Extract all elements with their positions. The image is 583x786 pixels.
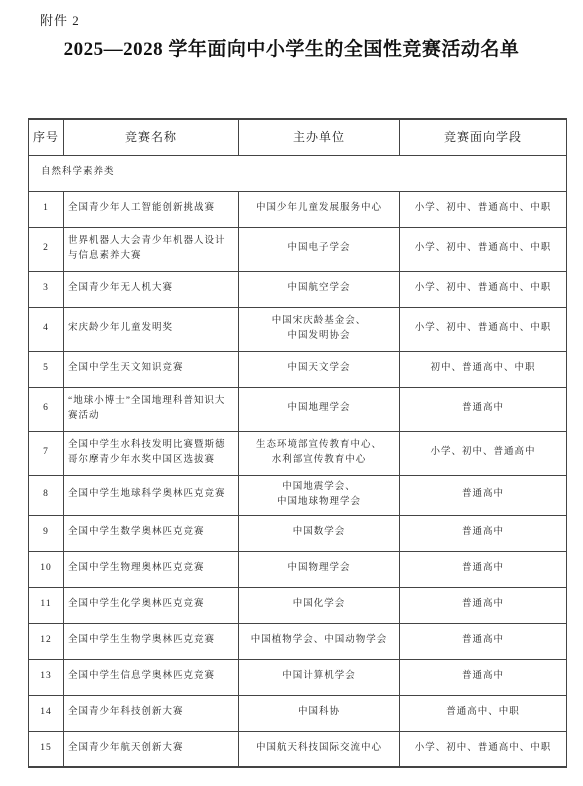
- table-row: 6 “地球小博士”全国地理科普知识大赛活动 中国地理学会 普通高中: [29, 387, 567, 431]
- cell-name: 宋庆龄少年儿童发明奖: [64, 307, 239, 351]
- cell-organizer: 中国航天科技国际交流中心: [239, 731, 400, 767]
- cell-organizer: 中国宋庆龄基金会、 中国发明协会: [239, 307, 400, 351]
- cell-name: 全国中学生地球科学奥林匹克竞赛: [64, 475, 239, 515]
- cell-stage: 普通高中: [400, 515, 567, 551]
- cell-stage: 小学、初中、普通高中、中职: [400, 307, 567, 351]
- cell-organizer: 中国计算机学会: [239, 659, 400, 695]
- table-header-row: 序号 竞赛名称 主办单位 竞赛面向学段: [29, 119, 567, 155]
- document-page: 附件 2 2025—2028 学年面向中小学生的全国性竞赛活动名单 序号 竞赛名…: [0, 0, 583, 786]
- cell-no: 4: [29, 307, 64, 351]
- cell-organizer: 中国植物学会、中国动物学会: [239, 623, 400, 659]
- cell-stage: 普通高中: [400, 551, 567, 587]
- cell-stage: 普通高中: [400, 623, 567, 659]
- cell-no: 11: [29, 587, 64, 623]
- cell-organizer: 中国物理学会: [239, 551, 400, 587]
- cell-name: 世界机器人大会青少年机器人设计与信息素养大赛: [64, 227, 239, 271]
- table-row: 10 全国中学生物理奥林匹克竞赛 中国物理学会 普通高中: [29, 551, 567, 587]
- cell-no: 14: [29, 695, 64, 731]
- cell-organizer: 中国天文学会: [239, 351, 400, 387]
- cell-no: 12: [29, 623, 64, 659]
- cell-name: 全国青少年航天创新大赛: [64, 731, 239, 767]
- cell-no: 2: [29, 227, 64, 271]
- cell-name: 全国青少年人工智能创新挑战赛: [64, 191, 239, 227]
- table-row: 7 全国中学生水科技发明比赛暨斯德哥尔摩青少年水奖中国区选拔赛 生态环境部宣传教…: [29, 431, 567, 475]
- table-row: 11 全国中学生化学奥林匹克竞赛 中国化学会 普通高中: [29, 587, 567, 623]
- competition-table: 序号 竞赛名称 主办单位 竞赛面向学段 自然科学素养类 1 全国青少年人工智能创…: [28, 118, 567, 768]
- cell-no: 3: [29, 271, 64, 307]
- table-row: 9 全国中学生数学奥林匹克竞赛 中国数学会 普通高中: [29, 515, 567, 551]
- cell-stage: 普通高中: [400, 475, 567, 515]
- header-organizer: 主办单位: [239, 119, 400, 155]
- table-row: 3 全国青少年无人机大赛 中国航空学会 小学、初中、普通高中、中职: [29, 271, 567, 307]
- cell-no: 10: [29, 551, 64, 587]
- cell-stage: 小学、初中、普通高中、中职: [400, 191, 567, 227]
- cell-organizer: 中国地理学会: [239, 387, 400, 431]
- cell-organizer: 中国航空学会: [239, 271, 400, 307]
- table-row: 13 全国中学生信息学奥林匹克竞赛 中国计算机学会 普通高中: [29, 659, 567, 695]
- cell-name: 全国中学生天文知识竞赛: [64, 351, 239, 387]
- cell-organizer: 中国少年儿童发展服务中心: [239, 191, 400, 227]
- cell-no: 6: [29, 387, 64, 431]
- cell-name: 全国中学生化学奥林匹克竞赛: [64, 587, 239, 623]
- cell-organizer: 中国地震学会、 中国地球物理学会: [239, 475, 400, 515]
- cell-stage: 普通高中: [400, 587, 567, 623]
- table-row: 8 全国中学生地球科学奥林匹克竞赛 中国地震学会、 中国地球物理学会 普通高中: [29, 475, 567, 515]
- cell-organizer: 中国化学会: [239, 587, 400, 623]
- table-row: 14 全国青少年科技创新大赛 中国科协 普通高中、中职: [29, 695, 567, 731]
- table-row: 12 全国中学生生物学奥林匹克竞赛 中国植物学会、中国动物学会 普通高中: [29, 623, 567, 659]
- cell-name: 全国中学生物理奥林匹克竞赛: [64, 551, 239, 587]
- cell-name: 全国中学生水科技发明比赛暨斯德哥尔摩青少年水奖中国区选拔赛: [64, 431, 239, 475]
- page-title: 2025—2028 学年面向中小学生的全国性竞赛活动名单: [0, 34, 583, 61]
- cell-name: 全国中学生生物学奥林匹克竞赛: [64, 623, 239, 659]
- header-name: 竞赛名称: [64, 119, 239, 155]
- cell-organizer: 中国电子学会: [239, 227, 400, 271]
- cell-name: “地球小博士”全国地理科普知识大赛活动: [64, 387, 239, 431]
- cell-organizer: 中国科协: [239, 695, 400, 731]
- cell-name: 全国青少年无人机大赛: [64, 271, 239, 307]
- cell-stage: 初中、普通高中、中职: [400, 351, 567, 387]
- cell-stage: 普通高中: [400, 659, 567, 695]
- cell-no: 8: [29, 475, 64, 515]
- cell-stage: 小学、初中、普通高中、中职: [400, 731, 567, 767]
- cell-organizer: 生态环境部宣传教育中心、 水利部宣传教育中心: [239, 431, 400, 475]
- cell-stage: 普通高中: [400, 387, 567, 431]
- cell-no: 13: [29, 659, 64, 695]
- cell-no: 5: [29, 351, 64, 387]
- cell-name: 全国中学生信息学奥林匹克竞赛: [64, 659, 239, 695]
- cell-no: 9: [29, 515, 64, 551]
- header-no: 序号: [29, 119, 64, 155]
- table-row: 5 全国中学生天文知识竞赛 中国天文学会 初中、普通高中、中职: [29, 351, 567, 387]
- cell-name: 全国中学生数学奥林匹克竞赛: [64, 515, 239, 551]
- table-row: 4 宋庆龄少年儿童发明奖 中国宋庆龄基金会、 中国发明协会 小学、初中、普通高中…: [29, 307, 567, 351]
- table-row: 15 全国青少年航天创新大赛 中国航天科技国际交流中心 小学、初中、普通高中、中…: [29, 731, 567, 767]
- category-row: 自然科学素养类: [29, 155, 567, 191]
- cell-name: 全国青少年科技创新大赛: [64, 695, 239, 731]
- cell-no: 15: [29, 731, 64, 767]
- header-stage: 竞赛面向学段: [400, 119, 567, 155]
- attachment-label: 附件 2: [40, 10, 80, 29]
- cell-no: 1: [29, 191, 64, 227]
- category-label: 自然科学素养类: [29, 155, 567, 191]
- cell-stage: 普通高中、中职: [400, 695, 567, 731]
- cell-organizer: 中国数学会: [239, 515, 400, 551]
- cell-stage: 小学、初中、普通高中、中职: [400, 227, 567, 271]
- table-row: 1 全国青少年人工智能创新挑战赛 中国少年儿童发展服务中心 小学、初中、普通高中…: [29, 191, 567, 227]
- cell-stage: 小学、初中、普通高中、中职: [400, 271, 567, 307]
- cell-stage: 小学、初中、普通高中: [400, 431, 567, 475]
- table-row: 2 世界机器人大会青少年机器人设计与信息素养大赛 中国电子学会 小学、初中、普通…: [29, 227, 567, 271]
- cell-no: 7: [29, 431, 64, 475]
